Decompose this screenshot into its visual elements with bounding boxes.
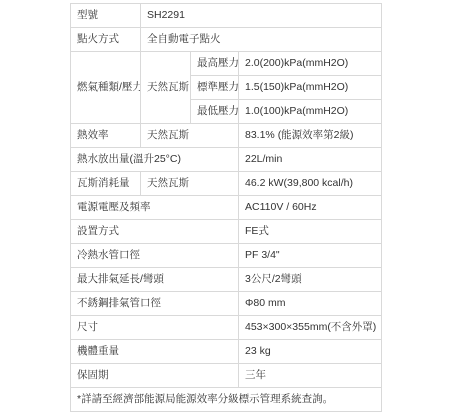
- spec-label-min-pressure: 最低壓力: [191, 100, 239, 124]
- spec-row-efficiency: 熱效率 天然瓦斯 83.1% (能源效率第2級): [71, 124, 382, 148]
- spec-row-power: 電源電壓及頻率 AC110V / 60Hz: [71, 196, 382, 220]
- spec-gas-consumption-gas-type: 天然瓦斯: [141, 172, 239, 196]
- spec-label-dimensions: 尺寸: [71, 316, 239, 340]
- spec-table: 型號 SH2291 點火方式 全自動電子點火 燃氣種類/壓力 天然瓦斯 最高壓力…: [70, 3, 382, 412]
- spec-efficiency-gas-type: 天然瓦斯: [141, 124, 239, 148]
- spec-row-ignition: 點火方式 全自動電子點火: [71, 28, 382, 52]
- spec-value-water-pipe: PF 3/4": [239, 244, 382, 268]
- spec-value-hot-water-output: 22L/min: [239, 148, 382, 172]
- spec-row-dimensions: 尺寸 453×300×355mm(不含外罩): [71, 316, 382, 340]
- spec-value-efficiency: 83.1% (能源效率第2級): [239, 124, 382, 148]
- spec-value-warranty: 三年: [239, 364, 382, 388]
- spec-label-std-pressure: 標準壓力: [191, 76, 239, 100]
- spec-label-hot-water-output: 熱水放出量(溫升25°C): [71, 148, 239, 172]
- spec-gas-type: 天然瓦斯: [141, 52, 191, 124]
- spec-value-power: AC110V / 60Hz: [239, 196, 382, 220]
- spec-value-dimensions: 453×300×355mm(不含外罩): [239, 316, 382, 340]
- spec-label-exhaust-pipe: 不銹鋼排氣管口徑: [71, 292, 239, 316]
- spec-label-model: 型號: [71, 4, 141, 28]
- spec-label-weight: 機體重量: [71, 340, 239, 364]
- spec-label-warranty: 保固期: [71, 364, 239, 388]
- spec-label-power: 電源電壓及頻率: [71, 196, 239, 220]
- spec-label-efficiency: 熱效率: [71, 124, 141, 148]
- spec-value-exhaust-extension: 3公尺/2彎頭: [239, 268, 382, 292]
- spec-label-installation: 設置方式: [71, 220, 239, 244]
- spec-label-max-pressure: 最高壓力: [191, 52, 239, 76]
- spec-value-model: SH2291: [141, 4, 382, 28]
- spec-label-water-pipe: 冷熱水管口徑: [71, 244, 239, 268]
- spec-value-max-pressure: 2.0(200)kPa(mmH2O): [239, 52, 382, 76]
- spec-value-ignition: 全自動電子點火: [141, 28, 382, 52]
- spec-row-gas-max-pressure: 燃氣種類/壓力 天然瓦斯 最高壓力 2.0(200)kPa(mmH2O): [71, 52, 382, 76]
- spec-row-gas-consumption: 瓦斯消耗量 天然瓦斯 46.2 kW(39,800 kcal/h): [71, 172, 382, 196]
- spec-label-ignition: 點火方式: [71, 28, 141, 52]
- spec-row-weight: 機體重量 23 kg: [71, 340, 382, 364]
- spec-row-warranty: 保固期 三年: [71, 364, 382, 388]
- spec-value-installation: FE式: [239, 220, 382, 244]
- spec-row-exhaust-pipe: 不銹鋼排氣管口徑 Φ80 mm: [71, 292, 382, 316]
- spec-row-exhaust-extension: 最大排氣延長/彎頭 3公尺/2彎頭: [71, 268, 382, 292]
- spec-label-gas-consumption: 瓦斯消耗量: [71, 172, 141, 196]
- spec-row-installation: 設置方式 FE式: [71, 220, 382, 244]
- spec-label-gas: 燃氣種類/壓力: [71, 52, 141, 124]
- spec-value-gas-consumption: 46.2 kW(39,800 kcal/h): [239, 172, 382, 196]
- spec-value-std-pressure: 1.5(150)kPa(mmH2O): [239, 76, 382, 100]
- spec-value-weight: 23 kg: [239, 340, 382, 364]
- spec-label-exhaust-extension: 最大排氣延長/彎頭: [71, 268, 239, 292]
- spec-sheet-page: 型號 SH2291 點火方式 全自動電子點火 燃氣種類/壓力 天然瓦斯 最高壓力…: [0, 3, 450, 403]
- footnote-text: *詳請至經濟部能源局能源效率分級標示管理系統查詢。: [71, 388, 382, 412]
- spec-value-exhaust-pipe: Φ80 mm: [239, 292, 382, 316]
- spec-value-min-pressure: 1.0(100)kPa(mmH2O): [239, 100, 382, 124]
- spec-row-hot-water-output: 熱水放出量(溫升25°C) 22L/min: [71, 148, 382, 172]
- spec-row-water-pipe: 冷熱水管口徑 PF 3/4": [71, 244, 382, 268]
- spec-row-model: 型號 SH2291: [71, 4, 382, 28]
